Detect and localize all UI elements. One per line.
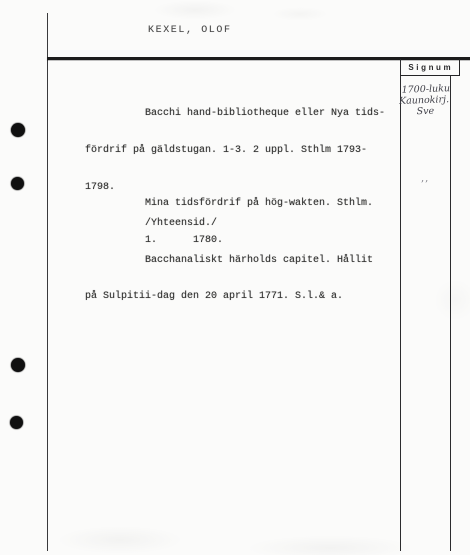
left-margin-rule: [47, 13, 49, 551]
card-heading-author: KEXEL, OLOF: [148, 25, 232, 36]
punch-hole: [11, 177, 24, 190]
signum-note-line: Sve: [399, 105, 451, 118]
entry-line: på Sulpitii-dag den 20 april 1771. S.l.&…: [85, 291, 385, 303]
punch-hole: [11, 123, 25, 137]
entry-line: Mina tidsfördrif på hög-wakten. Sthlm.: [85, 198, 373, 210]
punch-hole: [11, 358, 25, 372]
signum-label: Signum: [400, 63, 459, 72]
entry-line: Bacchi hand-bibliotheque eller Nya tids-: [85, 108, 385, 120]
signum-header-box: Signum: [400, 59, 460, 76]
entry-line: 1. 1780.: [85, 235, 373, 247]
catalog-card: KEXEL, OLOF Signum 1700-luku Kaunokirj. …: [0, 0, 470, 555]
signum-column-right-border: [450, 75, 452, 551]
punch-hole: [10, 416, 23, 429]
signum-ditto-mark: ,,: [421, 173, 429, 184]
signum-handwritten-note: 1700-luku Kaunokirj. Sve: [398, 83, 451, 118]
entry-block-second-title: Mina tidsfördrif på hög-wakten. Sthlm. 1…: [85, 174, 373, 272]
entry-line: fördrif på gäldstugan. 1-3. 2 uppl. Sthl…: [85, 145, 385, 157]
signum-column-left-border: [400, 59, 402, 551]
